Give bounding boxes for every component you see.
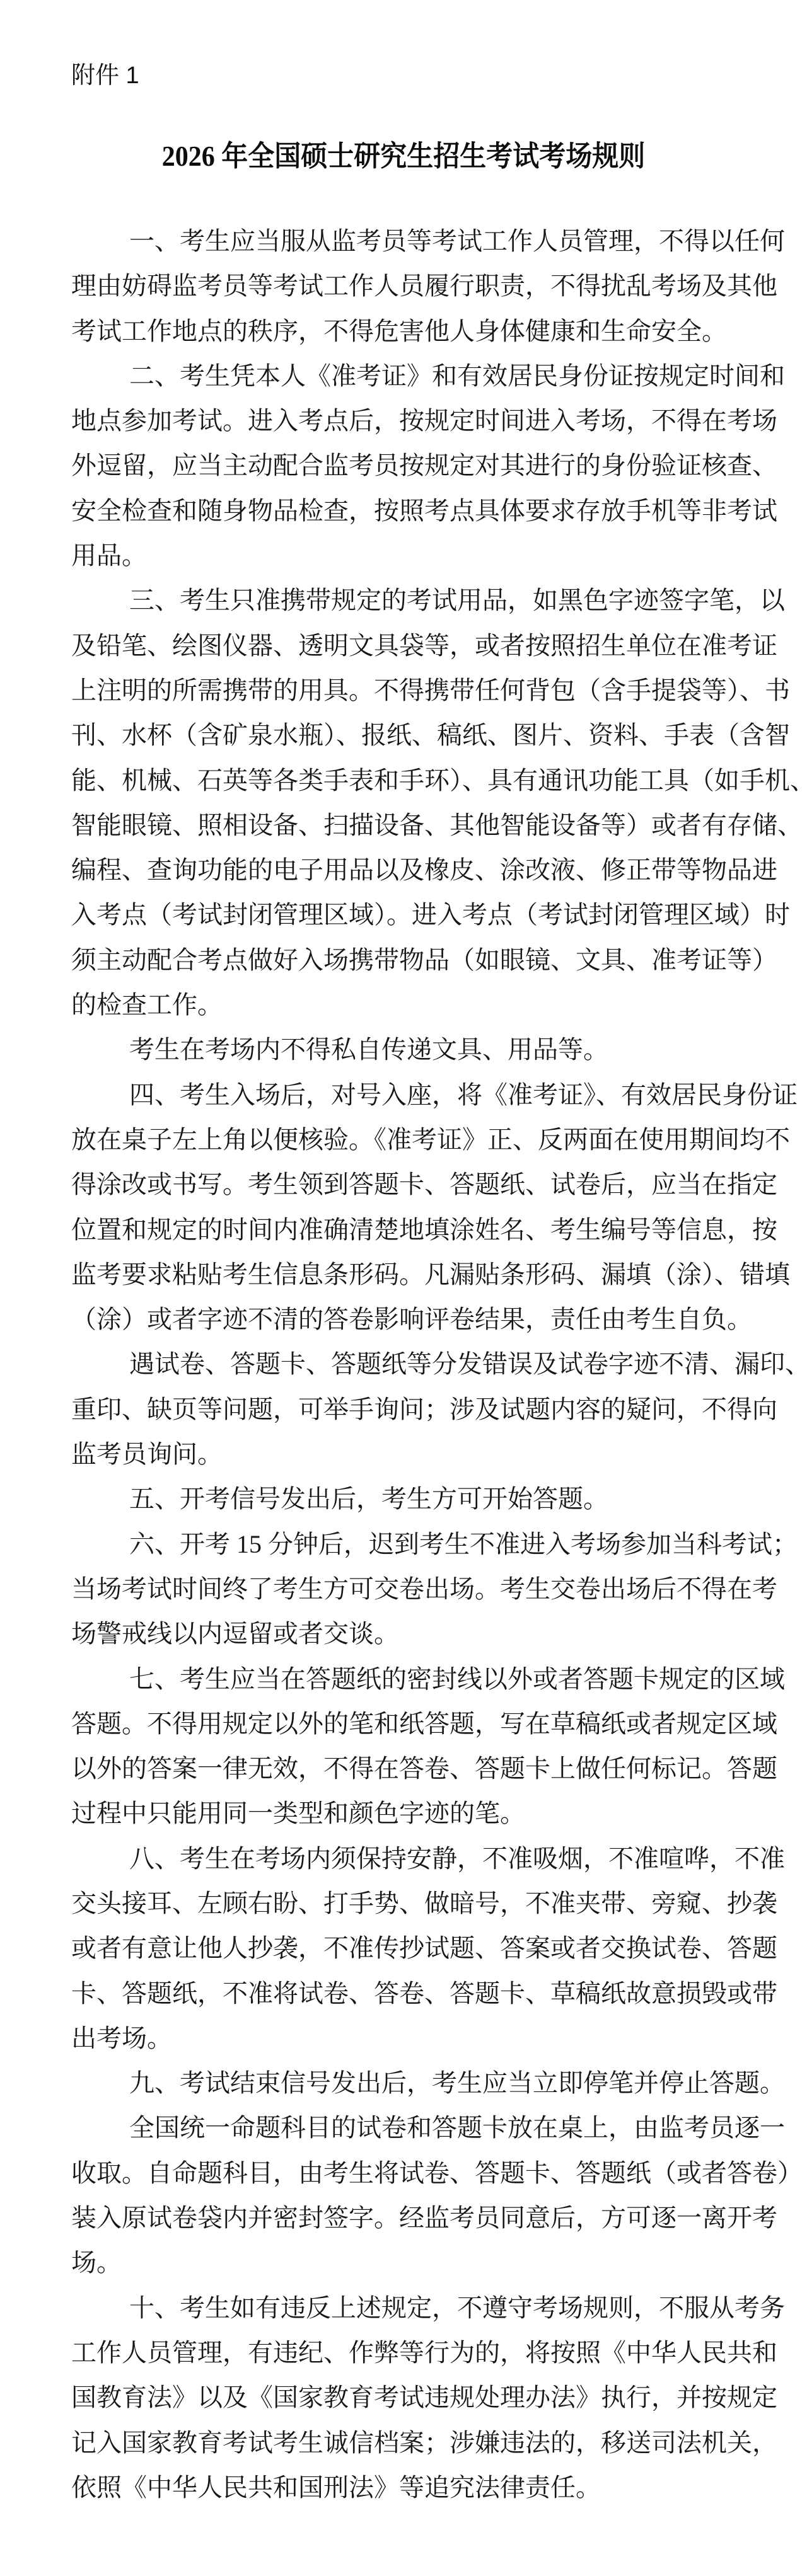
text-line: 八、考生在考场内须保持安静，不准吸烟，不准喧哗，不准 xyxy=(71,1836,738,1881)
text-line: 安全检查和随身物品检查，按照考点具体要求存放手机等非考试 xyxy=(71,488,738,533)
text-line: 过程中只能用同一类型和颜色字迹的笔。 xyxy=(71,1791,738,1836)
text-line: 一、考生应当服从监考员等考试工作人员管理，不得以任何 xyxy=(71,219,738,263)
text-line: 记入国家教育考试考生诚信档案；涉嫌违法的，移送司法机关， xyxy=(71,2420,738,2465)
attachment-label: 附件 1 xyxy=(71,60,139,91)
paragraph-rule-1: 一、考生应当服从监考员等考试工作人员管理，不得以任何理由妨碍监考员等考试工作人员… xyxy=(71,219,738,354)
text-line: 的检查工作。 xyxy=(71,982,738,1027)
text-line: 遇试卷、答题卡、答题纸等分发错误及试卷字迹不清、漏印、 xyxy=(71,1342,738,1386)
paragraph-rule-7: 七、考生应当在答题纸的密封线以外或者答题卡规定的区域答题。不得用规定以外的笔和纸… xyxy=(71,1657,738,1836)
text-line: 用品。 xyxy=(71,533,738,578)
text-line: 及铅笔、绘图仪器、透明文具袋等，或者按照招生单位在准考证 xyxy=(71,623,738,668)
document-title: 2026 年全国硕士研究生招生考试考场规则 xyxy=(0,139,807,175)
text-line: 放在桌子左上角以便核验。《准考证》正、反两面在使用期间均不 xyxy=(71,1117,738,1162)
paragraph-rule-4-note: 遇试卷、答题卡、答题纸等分发错误及试卷字迹不清、漏印、重印、缺页等问题，可举手询… xyxy=(71,1342,738,1476)
text-line: 能、机械、石英等各类手表和手环）、具有通讯功能工具（如手机、 xyxy=(71,758,738,803)
paragraph-rule-10: 十、考生如有违反上述规定，不遵守考场规则，不服从考务工作人员管理，有违纪、作弊等… xyxy=(71,2286,738,2510)
text-line: 上注明的所需携带的用具。不得携带任何背包（含手提袋等）、书 xyxy=(71,668,738,713)
text-line: 须主动配合考点做好入场携带物品（如眼镜、文具、准考证等） xyxy=(71,938,738,982)
text-line: 或者有意让他人抄袭，不准传抄试题、答案或者交换试卷、答题 xyxy=(71,1926,738,1970)
text-line: 全国统一命题科目的试卷和答题卡放在桌上，由监考员逐一 xyxy=(71,2105,738,2150)
text-line: 地点参加考试。进入考点后，按规定时间进入考场，不得在考场 xyxy=(71,398,738,443)
text-line: 三、考生只准携带规定的考试用品，如黑色字迹签字笔，以 xyxy=(71,578,738,623)
text-line: 装入原试卷袋内并密封签字。经监考员同意后，方可逐一离开考 xyxy=(71,2195,738,2240)
text-line: 国教育法》以及《国家教育考试违规处理办法》执行，并按规定 xyxy=(71,2375,738,2420)
text-line: 交头接耳、左顾右盼、打手势、做暗号，不准夹带、旁窥、抄袭 xyxy=(71,1881,738,1926)
text-line: 考生在考场内不得私自传递文具、用品等。 xyxy=(71,1027,738,1072)
text-line: 智能眼镜、照相设备、扫描设备、其他智能设备等）或者有存储、 xyxy=(71,803,738,848)
text-line: 收取。自命题科目，由考生将试卷、答题卡、答题纸（或者答卷） xyxy=(71,2151,738,2195)
paragraph-rule-9: 九、考试结束信号发出后，考生应当立即停笔并停止答题。 xyxy=(71,2061,738,2105)
text-line: 场。 xyxy=(71,2240,738,2285)
text-line: 五、开考信号发出后，考生方可开始答题。 xyxy=(71,1476,738,1521)
text-line: 考试工作地点的秩序，不得危害他人身体健康和生命安全。 xyxy=(71,309,738,354)
text-line: 依照《中华人民共和国刑法》等追究法律责任。 xyxy=(71,2465,738,2510)
paragraph-rule-5: 五、开考信号发出后，考生方可开始答题。 xyxy=(71,1476,738,1521)
text-line: 十、考生如有违反上述规定，不遵守考场规则，不服从考务 xyxy=(71,2286,738,2330)
text-line: 位置和规定的时间内准确清楚地填涂姓名、考生编号等信息，按 xyxy=(71,1207,738,1252)
paragraph-rule-2: 二、考生凭本人《准考证》和有效居民身份证按规定时间和地点参加考试。进入考点后，按… xyxy=(71,354,738,578)
text-line: 重印、缺页等问题，可举手询问；涉及试题内容的疑问，不得向 xyxy=(71,1387,738,1432)
text-line: 六、开考 15 分钟后，迟到考生不准进入考场参加当科考试； xyxy=(71,1522,738,1567)
text-line: 监考员询问。 xyxy=(71,1432,738,1476)
text-line: 监考要求粘贴考生信息条形码。凡漏贴条形码、漏填（涂）、错填 xyxy=(71,1252,738,1297)
text-line: 理由妨碍监考员等考试工作人员履行职责，不得扰乱考场及其他 xyxy=(71,263,738,308)
text-line: 刊、水杯（含矿泉水瓶）、报纸、稿纸、图片、资料、手表（含智 xyxy=(71,713,738,757)
text-line: 四、考生入场后，对号入座，将《准考证》、有效居民身份证 xyxy=(71,1072,738,1117)
paragraph-rule-3: 三、考生只准携带规定的考试用品，如黑色字迹签字笔，以及铅笔、绘图仪器、透明文具袋… xyxy=(71,578,738,1027)
text-line: 卡、答题纸，不准将试卷、答卷、答题卡、草稿纸故意损毁或带 xyxy=(71,1971,738,2016)
paragraph-rule-3-note: 考生在考场内不得私自传递文具、用品等。 xyxy=(71,1027,738,1072)
document-body: 一、考生应当服从监考员等考试工作人员管理，不得以任何理由妨碍监考员等考试工作人员… xyxy=(71,219,738,2510)
text-line: 编程、查询功能的电子用品以及橡皮、涂改液、修正带等物品进 xyxy=(71,848,738,892)
text-line: 以外的答案一律无效，不得在答卷、答题卡上做任何标记。答题 xyxy=(71,1746,738,1791)
text-line: 出考场。 xyxy=(71,2016,738,2061)
paragraph-rule-6: 六、开考 15 分钟后，迟到考生不准进入考场参加当科考试；当场考试时间终了考生方… xyxy=(71,1522,738,1657)
text-line: 当场考试时间终了考生方可交卷出场。考生交卷出场后不得在考 xyxy=(71,1567,738,1611)
document-page: 附件 1 2026 年全国硕士研究生招生考试考场规则 一、考生应当服从监考员等考… xyxy=(0,0,807,2576)
text-line: 入考点（考试封闭管理区域）。进入考点（考试封闭管理区域）时 xyxy=(71,892,738,937)
text-line: 外逗留，应当主动配合监考员按规定对其进行的身份验证核查、 xyxy=(71,443,738,488)
paragraph-rule-8: 八、考生在考场内须保持安静，不准吸烟，不准喧哗，不准交头接耳、左顾右盼、打手势、… xyxy=(71,1836,738,2061)
text-line: 九、考试结束信号发出后，考生应当立即停笔并停止答题。 xyxy=(71,2061,738,2105)
paragraph-rule-9-note: 全国统一命题科目的试卷和答题卡放在桌上，由监考员逐一收取。自命题科目，由考生将试… xyxy=(71,2105,738,2285)
text-line: （涂）或者字迹不清的答卷影响评卷结果，责任由考生自负。 xyxy=(71,1297,738,1342)
paragraph-rule-4: 四、考生入场后，对号入座，将《准考证》、有效居民身份证放在桌子左上角以便核验。《… xyxy=(71,1072,738,1342)
text-line: 工作人员管理，有违纪、作弊等行为的，将按照《中华人民共和 xyxy=(71,2330,738,2375)
text-line: 二、考生凭本人《准考证》和有效居民身份证按规定时间和 xyxy=(71,354,738,398)
text-line: 答题。不得用规定以外的笔和纸答题，写在草稿纸或者规定区域 xyxy=(71,1701,738,1746)
text-line: 七、考生应当在答题纸的密封线以外或者答题卡规定的区域 xyxy=(71,1657,738,1701)
text-line: 得涂改或书写。考生领到答题卡、答题纸、试卷后，应当在指定 xyxy=(71,1162,738,1207)
text-line: 场警戒线以内逗留或者交谈。 xyxy=(71,1611,738,1656)
